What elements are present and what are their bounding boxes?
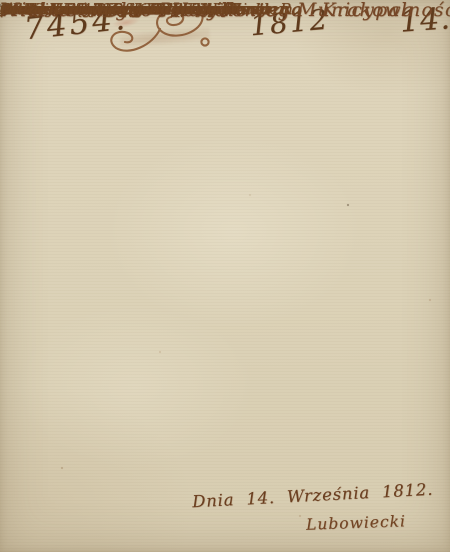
manuscript-page: 7454. 1812 14. Wielmożnego Prezydenta Mu… [0,0,450,552]
signature: Lubowiecki [306,512,407,533]
date-line: Dnia 14. Września 1812. [192,480,434,512]
body-line: Prezydentowi czyni [0,0,160,18]
